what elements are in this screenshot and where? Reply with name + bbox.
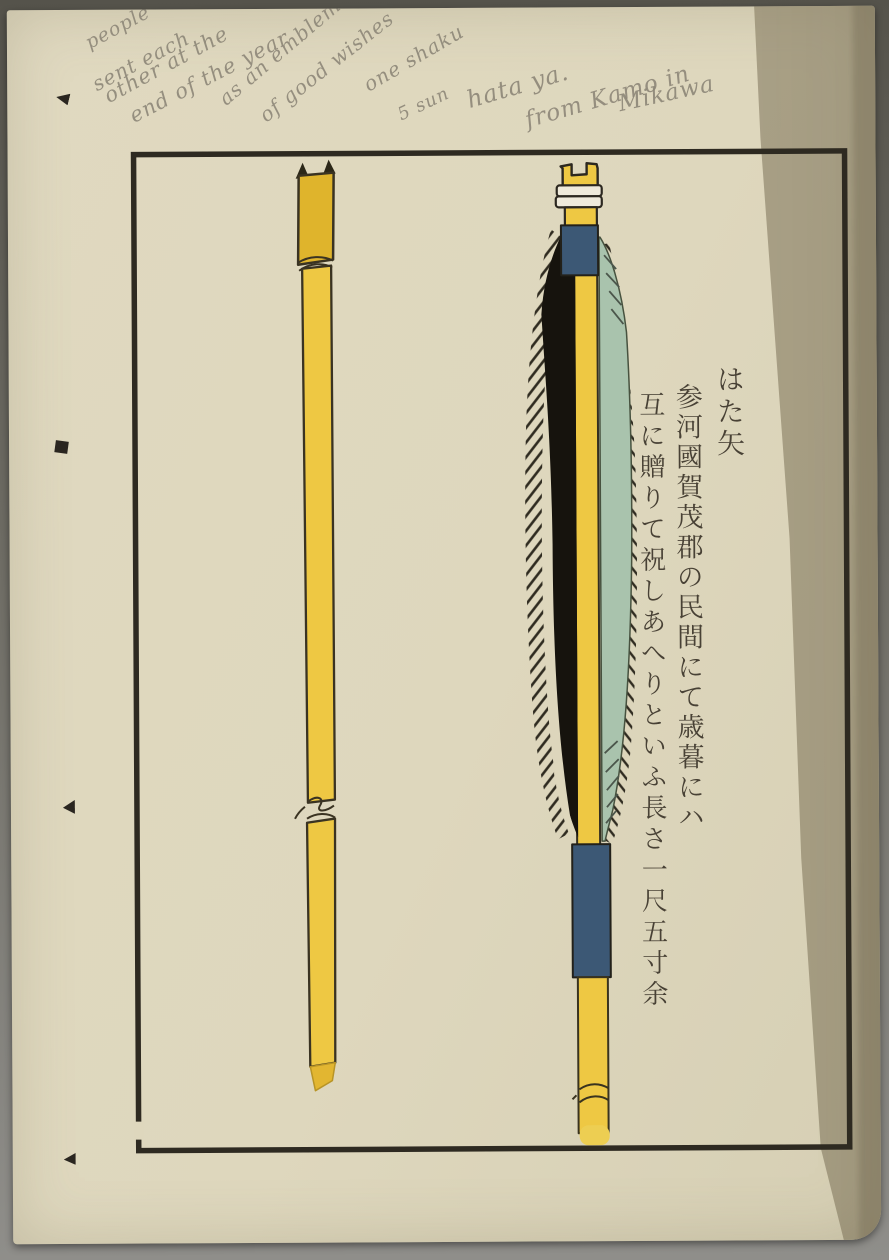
arrow-neck-segment: [565, 207, 597, 226]
paper-sheet: people sent each other at the end of the…: [7, 6, 881, 1245]
calligraphy-title-column: はた矢: [715, 364, 744, 479]
illustration: [7, 6, 881, 1245]
printed-frame-border: [134, 151, 850, 1151]
bamboo-lower-segment: [307, 819, 336, 1067]
arrow-nock: [561, 163, 598, 187]
bamboo-middle-segment: [302, 266, 335, 803]
calligraphy-column: 互に贈りて祝しあへりといふ長さ一尺五寸余: [637, 391, 666, 1056]
upper-blue-wrap: [561, 225, 598, 275]
page-content: people sent each other at the end of the…: [7, 6, 881, 1245]
feathered-arrow-illustration: [523, 163, 640, 1146]
arrow-shaft-lower: [578, 977, 609, 1133]
lower-blue-wrap: [572, 844, 611, 977]
bamboo-shaft-illustration: [292, 160, 341, 1091]
bamboo-cut-tip: [310, 1063, 335, 1091]
arrow-shaft-upper: [574, 267, 600, 847]
calligraphy-column: 参河國賀茂郡の民間にて歳暮にハ: [673, 383, 702, 843]
frame-line-gap: [135, 1122, 144, 1140]
nock-collar-ring: [557, 185, 602, 196]
shaft-bottom-tip: [580, 1125, 610, 1145]
bamboo-top-segment: [298, 173, 334, 265]
scanned-page: people sent each other at the end of the…: [0, 0, 889, 1260]
nock-collar-ring: [556, 196, 602, 207]
